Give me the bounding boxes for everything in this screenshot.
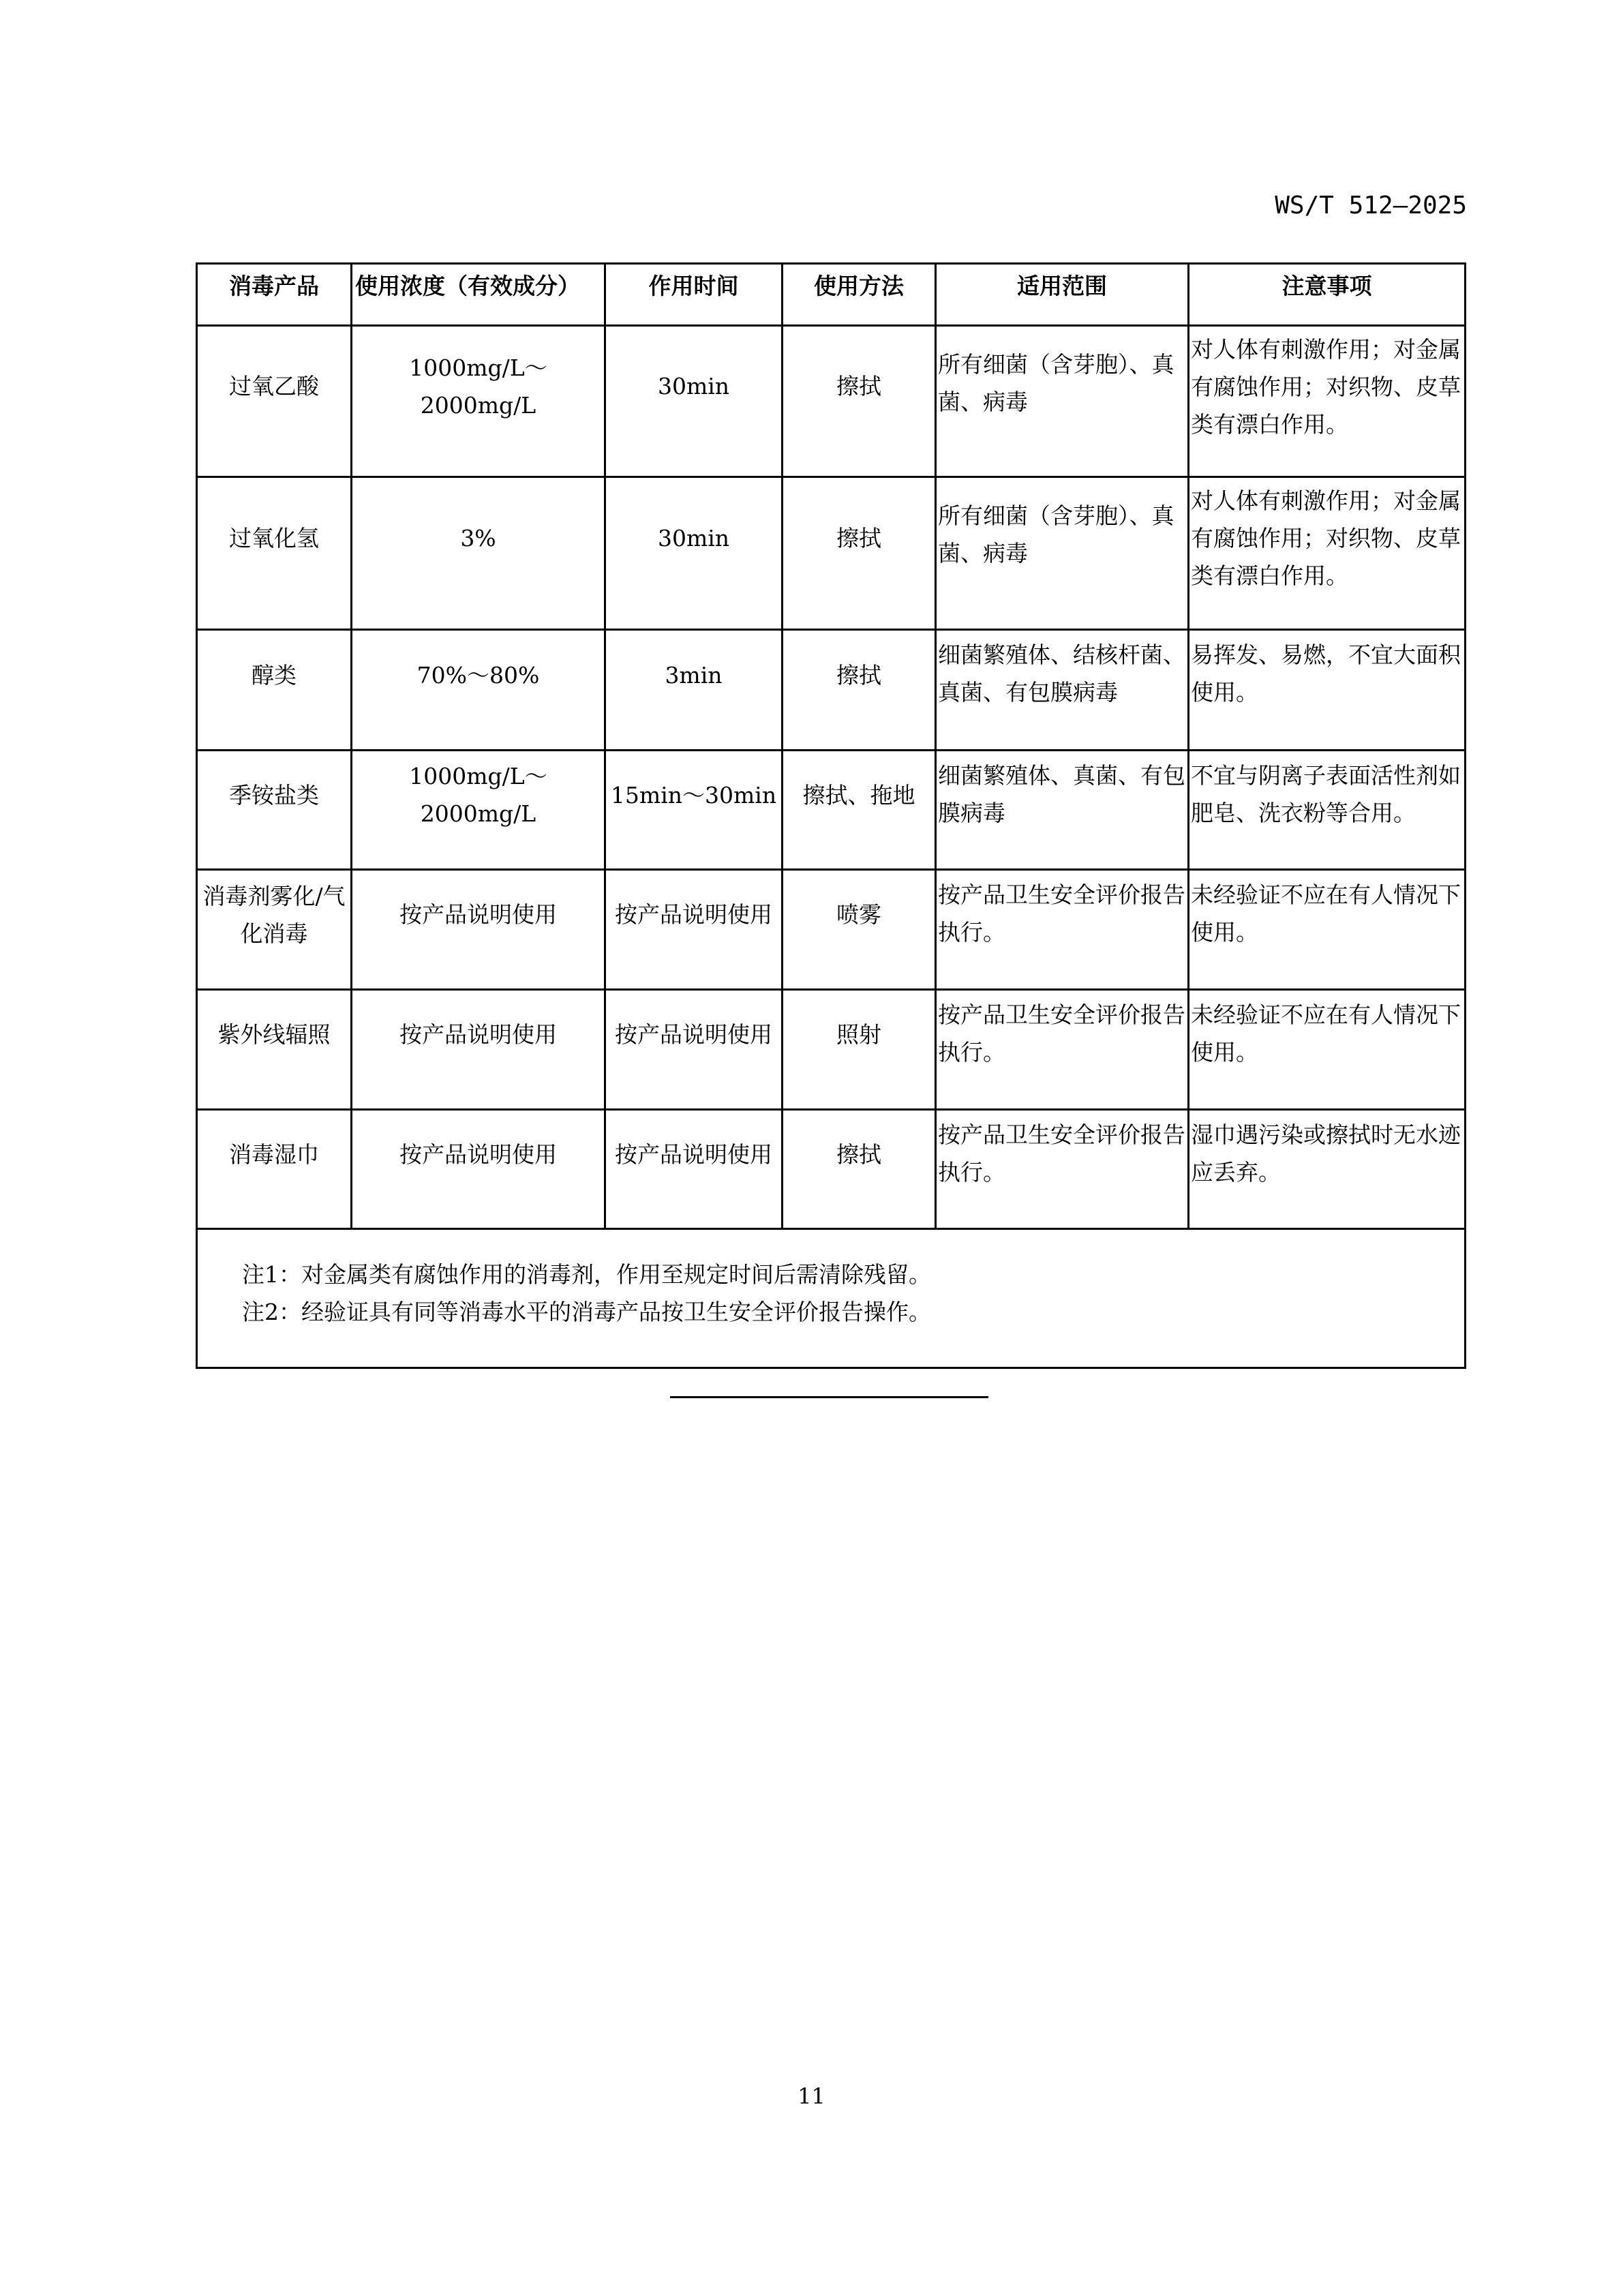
cell-scope: 按产品卫生安全评价报告执行。 — [936, 990, 1189, 1110]
cell-scope: 按产品卫生安全评价报告执行。 — [936, 870, 1189, 990]
method-text: 擦拭、拖地 — [783, 776, 935, 814]
table-row: 季铵盐类 1000mg/L～2000mg/L 15min～30min 擦拭、拖地… — [197, 751, 1466, 870]
cell-method: 喷雾 — [783, 870, 936, 990]
cell-concentration: 按产品说明使用 — [352, 870, 605, 990]
method-text: 照射 — [783, 1016, 935, 1053]
column-header-duration: 作用时间 — [605, 264, 783, 326]
cell-duration: 按产品说明使用 — [605, 1110, 783, 1229]
cell-duration: 按产品说明使用 — [605, 870, 783, 990]
column-header-notes: 注意事项 — [1189, 264, 1466, 326]
cell-product: 消毒剂雾化/气化消毒 — [197, 870, 352, 990]
cell-scope: 所有细菌（含芽胞）、真菌、病毒 — [936, 326, 1189, 477]
cell-method: 擦拭 — [783, 477, 936, 630]
concentration-text: 3% — [352, 519, 604, 557]
column-header-scope: 适用范围 — [936, 264, 1189, 326]
cell-notes: 不宜与阴离子表面活性剂如肥皂、洗衣粉等合用。 — [1189, 751, 1466, 870]
cell-concentration: 按产品说明使用 — [352, 990, 605, 1110]
table-row: 紫外线辐照 按产品说明使用 按产品说明使用 照射 按产品卫生安全评价报告执行。 … — [197, 990, 1466, 1110]
product-text: 消毒剂雾化/气化消毒 — [198, 877, 350, 952]
product-text: 消毒湿巾 — [198, 1136, 350, 1173]
duration-text: 3min — [606, 656, 781, 694]
cell-duration: 3min — [605, 630, 783, 751]
cell-product: 醇类 — [197, 630, 352, 751]
cell-product: 紫外线辐照 — [197, 990, 352, 1110]
cell-notes: 未经验证不应在有人情况下使用。 — [1189, 990, 1466, 1110]
cell-duration: 30min — [605, 477, 783, 630]
cell-scope: 所有细菌（含芽胞）、真菌、病毒 — [936, 477, 1189, 630]
concentration-text: 70%～80% — [352, 656, 604, 694]
cell-concentration: 按产品说明使用 — [352, 1110, 605, 1229]
cell-scope: 细菌繁殖体、结核杆菌、真菌、有包膜病毒 — [936, 630, 1189, 751]
table-header-row: 消毒产品 使用浓度（有效成分） 作用时间 使用方法 适用范围 注意事项 — [197, 264, 1466, 326]
product-text: 过氧化氢 — [198, 519, 350, 557]
cell-method: 擦拭 — [783, 1110, 936, 1229]
method-text: 擦拭 — [783, 656, 935, 694]
method-text: 擦拭 — [783, 1136, 935, 1173]
method-text: 擦拭 — [783, 367, 935, 405]
table-footnotes: 注1：对金属类有腐蚀作用的消毒剂，作用至规定时间后需清除残留。 注2：经验证具有… — [197, 1229, 1466, 1368]
footnote-1: 注1：对金属类有腐蚀作用的消毒剂，作用至规定时间后需清除残留。 — [242, 1256, 1464, 1293]
cell-product: 过氧化氢 — [197, 477, 352, 630]
table-row: 过氧乙酸 1000mg/L～2000mg/L 30min 擦拭 所有细菌（含芽胞… — [197, 326, 1466, 477]
product-text: 季铵盐类 — [198, 776, 350, 814]
standard-number: WS/T 512—2025 — [1275, 194, 1467, 218]
duration-text: 按产品说明使用 — [606, 1136, 781, 1173]
cell-notes: 未经验证不应在有人情况下使用。 — [1189, 870, 1466, 990]
table-row: 消毒湿巾 按产品说明使用 按产品说明使用 擦拭 按产品卫生安全评价报告执行。 湿… — [197, 1110, 1466, 1229]
concentration-text: 1000mg/L～2000mg/L — [352, 757, 604, 832]
table-row: 消毒剂雾化/气化消毒 按产品说明使用 按产品说明使用 喷雾 按产品卫生安全评价报… — [197, 870, 1466, 990]
cell-notes: 对人体有刺激作用；对金属有腐蚀作用；对织物、皮草类有漂白作用。 — [1189, 326, 1466, 477]
cell-concentration: 3% — [352, 477, 605, 630]
product-text: 紫外线辐照 — [198, 1016, 350, 1053]
cell-duration: 30min — [605, 326, 783, 477]
column-header-concentration: 使用浓度（有效成分） — [352, 264, 605, 326]
cell-concentration: 1000mg/L～2000mg/L — [352, 326, 605, 477]
concentration-text: 按产品说明使用 — [352, 1016, 604, 1053]
footnote-2: 注2：经验证具有同等消毒水平的消毒产品按卫生安全评价报告操作。 — [242, 1293, 1464, 1331]
cell-notes: 湿巾遇污染或擦拭时无水迹应丢弃。 — [1189, 1110, 1466, 1229]
page-number: 11 — [0, 2083, 1623, 2109]
cell-method: 照射 — [783, 990, 936, 1110]
cell-notes: 对人体有刺激作用；对金属有腐蚀作用；对织物、皮草类有漂白作用。 — [1189, 477, 1466, 630]
cell-concentration: 1000mg/L～2000mg/L — [352, 751, 605, 870]
cell-method: 擦拭 — [783, 630, 936, 751]
duration-text: 15min～30min — [606, 776, 781, 814]
duration-text: 按产品说明使用 — [606, 1016, 781, 1053]
cell-duration: 按产品说明使用 — [605, 990, 783, 1110]
cell-notes: 易挥发、易燃，不宜大面积使用。 — [1189, 630, 1466, 751]
column-header-method: 使用方法 — [783, 264, 936, 326]
method-text: 喷雾 — [783, 896, 935, 933]
cell-method: 擦拭 — [783, 326, 936, 477]
product-text: 醇类 — [198, 656, 350, 694]
table-row: 醇类 70%～80% 3min 擦拭 细菌繁殖体、结核杆菌、真菌、有包膜病毒 易… — [197, 630, 1466, 751]
concentration-text: 按产品说明使用 — [352, 1136, 604, 1173]
cell-product: 过氧乙酸 — [197, 326, 352, 477]
cell-method: 擦拭、拖地 — [783, 751, 936, 870]
column-header-product: 消毒产品 — [197, 264, 352, 326]
product-text: 过氧乙酸 — [198, 367, 350, 405]
duration-text: 30min — [606, 519, 781, 557]
end-of-document-rule — [670, 1396, 988, 1398]
cell-scope: 按产品卫生安全评价报告执行。 — [936, 1110, 1189, 1229]
table-row: 过氧化氢 3% 30min 擦拭 所有细菌（含芽胞）、真菌、病毒 对人体有刺激作… — [197, 477, 1466, 630]
disinfection-products-table: 消毒产品 使用浓度（有效成分） 作用时间 使用方法 适用范围 注意事项 过氧乙酸… — [196, 262, 1466, 1369]
cell-product: 消毒湿巾 — [197, 1110, 352, 1229]
cell-product: 季铵盐类 — [197, 751, 352, 870]
cell-concentration: 70%～80% — [352, 630, 605, 751]
duration-text: 30min — [606, 367, 781, 405]
method-text: 擦拭 — [783, 519, 935, 557]
cell-scope: 细菌繁殖体、真菌、有包膜病毒 — [936, 751, 1189, 870]
table-footnote-row: 注1：对金属类有腐蚀作用的消毒剂，作用至规定时间后需清除残留。 注2：经验证具有… — [197, 1229, 1466, 1368]
duration-text: 按产品说明使用 — [606, 896, 781, 933]
cell-duration: 15min～30min — [605, 751, 783, 870]
concentration-text: 1000mg/L～2000mg/L — [352, 349, 604, 424]
concentration-text: 按产品说明使用 — [352, 896, 604, 933]
